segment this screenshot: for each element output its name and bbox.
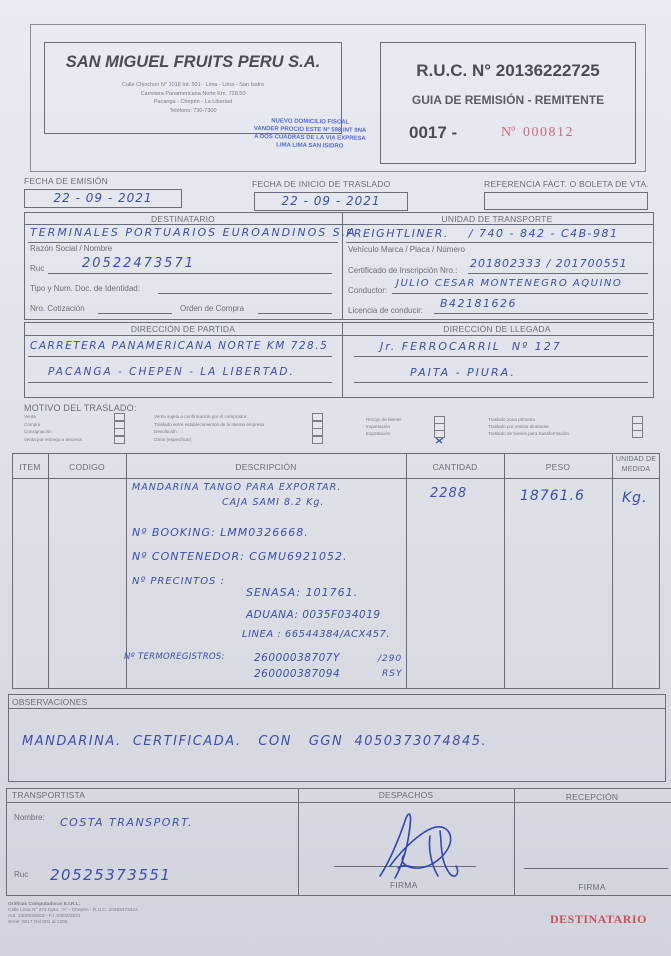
motivo-checkbox[interactable] [632,430,643,438]
signature-line [524,868,668,869]
motivo-option-label: Venta [24,414,36,419]
transport-unit-title: UNIDAD DE TRANSPORTE [342,214,652,224]
motivo-checkbox[interactable] [312,436,323,444]
printer-line: Serie: 0017 Del 001 al 1200 [8,920,138,926]
departure-title: DIRECCIÓN DE PARTIDA [24,324,342,334]
guia-remision-document: SAN MIGUEL FRUITS PERU S.A. Calle Chinch… [0,0,671,956]
divider [8,708,666,709]
departure-line-2: PACANGA - CHEPEN - LA LIBERTAD. [48,366,295,378]
quote-label: Nro. Cotización [30,304,85,313]
carrier-ruc-label: Ruc [14,870,28,879]
transfer-start-value: 22 - 09 - 2021 [255,194,407,208]
motivo-title: MOTIVO DEL TRASLADO: [24,403,137,413]
id-doc-label: Tipo y Num. Doc. de Identidad: [30,284,140,293]
recipient-name-value: TERMINALES PORTUARIOS EUROANDINOS S.A [30,226,357,239]
underline [48,273,332,274]
vehicle-label: Vehículo Marca / Placa / Número [348,245,465,254]
license-value: B42181626 [440,297,517,310]
header-weight: PESO [504,462,612,472]
senasa-seal: SENASA: 101761. [246,586,358,599]
motivo-option-label: Otros (especificar) [154,437,192,442]
carrier-name-value: COSTA TRANSPORT. [60,816,193,829]
recipient-title: DESTINATARIO [24,214,342,224]
emission-date-label: FECHA DE EMISIÓN [24,176,108,186]
signature-icon [360,806,470,886]
document-number: Nº 000812 [501,125,574,141]
row-description-2: CAJA SAMI 8.2 Kg. [222,497,324,508]
arrival-line-2: PAITA - PIURA. [410,366,516,379]
thermo-label: Nº TERMOREGISTROS: [124,652,225,662]
motivo-checkbox[interactable] [434,430,445,438]
emission-date-field[interactable]: 22 - 09 - 2021 [24,189,182,208]
underline [392,293,648,294]
underline [28,356,332,357]
booking-note: Nº BOOKING: LMM0326668. [132,526,309,539]
transfer-start-label: FECHA DE INICIO DE TRASLADO [252,179,390,189]
motivo-option-label: Exportación [366,431,390,436]
copy-label: DESTINATARIO [550,912,647,927]
motivo-option-label: Traslado por emisor itinerante [488,424,549,429]
underline [434,313,648,314]
container-note: Nº CONTENEDOR: CGMU6921052. [132,550,348,563]
table-header-divider [12,478,660,479]
observations-title: OBSERVACIONES [12,697,88,707]
driver-label: Conductor: [348,286,387,295]
header-quantity: CANTIDAD [406,462,504,472]
motivo-option-label: Traslado zona primaria [488,417,535,422]
header-code: CODIGO [48,462,126,472]
order-label: Orden de Compra [180,304,244,313]
carrier-name-label: Nombre: [14,813,45,822]
observations-value: MANDARINA. CERTIFICADA. CON GGN 40503730… [22,734,487,749]
divider [6,802,671,803]
seals-label: Nº PRECINTOS : [132,576,225,587]
departure-line-1: CARRETERA PANAMERICANA NORTE KM 728.5 [30,340,328,352]
dispatch-title: DESPACHOS [298,790,514,800]
fiscal-address-stamp: NUEVO DOMICILIO FISCAL VANDER PROCIO EST… [236,117,385,152]
motivo-option-label: Traslado entre establecimientos de la mi… [154,422,264,427]
recipient-name-label: Razón Social / Nombre [30,244,112,253]
reference-label: REFERENCIA FACT. O BOLETA DE VTA. [484,179,649,189]
ruc-label: R.U.C. N° 20136222725 [381,61,635,81]
dispatch-sign-label: FIRMA [390,880,417,890]
underline [346,242,652,243]
id-doc-field[interactable] [158,293,332,294]
col-divider [406,453,407,689]
vehicle-value: FREIGHTLINER. / 740 - 842 - C4B-981 [346,227,618,240]
linea-seal: LINEA : 66544384/ACX457. [242,629,390,640]
emission-date-value: 22 - 09 - 2021 [25,191,181,205]
underline [28,382,332,383]
motivo-option-label: Importación [366,424,390,429]
ruc-box: R.U.C. N° 20136222725 GUIA DE REMISIÓN -… [380,42,636,164]
header-unit: UNIDAD DE MEDIDA [613,455,659,475]
arrival-title: DIRECCIÓN DE LLEGADA [342,324,652,334]
printer-info: Gráficas Computadoras E.I.R.L. Calle Lim… [8,902,138,926]
carrier-title: TRANSPORTISTA [12,790,85,800]
thermo-1: 26000038707Y [254,652,340,664]
motivo-option-label: Consignación [24,429,52,434]
row-description-1: MANDARINA TANGO PARA EXPORTAR. [132,482,341,493]
cert-value: 201802333 / 201700551 [470,257,628,270]
row-quantity: 2288 [430,486,467,501]
address-line: Carretera Panamericana Norte Km. 728.50 [65,90,321,99]
col-divider [504,453,505,689]
document-type: GUIA DE REMISIÓN - REMITENTE [381,93,635,107]
underline [354,356,648,357]
recipient-ruc-value: 20522473571 [82,256,195,271]
divider [24,224,654,225]
recipient-ruc-label: Ruc [30,264,44,273]
thermo-2: 260000387094 [254,668,340,680]
arrival-line-1: Jr. FERROCARRIL Nº 127 [380,340,562,353]
thermo-suffix-2: RSY [382,669,402,679]
order-field[interactable] [258,313,332,314]
motivo-option-label: Compra [24,422,40,427]
company-name: SAN MIGUEL FRUITS PERU S.A. [45,53,341,72]
quote-field[interactable] [98,313,172,314]
motivo-option-label: Traslado de bienes para transformación [488,431,569,436]
address-line: Calle Chinchon N° 1018 Int. 501 - Lima -… [65,81,321,90]
header-description: DESCRIPCIÓN [126,462,406,472]
number-prefix: Nº [501,125,515,140]
header-item: ITEM [12,462,48,472]
row-unit: Kg. [622,490,648,506]
address-line: Teléfono: 730-7300 [65,107,321,116]
row-weight: 18761.6 [520,488,585,504]
reception-sign-label: FIRMA [514,882,670,892]
reference-field[interactable] [484,192,648,210]
col-divider [48,453,49,689]
underline [28,242,338,243]
col-divider [612,453,613,689]
motivo-option-label: Recojo de bienes [366,417,402,422]
underline [468,273,648,274]
divider [298,788,299,896]
thermo-suffix-1: /290 [378,654,402,664]
divider [24,335,654,336]
series-number: 0017 - [409,123,457,143]
reception-title: RECEPCIÓN [514,792,670,802]
motivo-option-label: Devolución [154,429,177,434]
driver-value: JULIO CESAR MONTENEGRO AQUINO [396,278,622,289]
motivo-option-label: Venta por entrega a terceros [24,437,82,442]
divider [514,788,515,896]
aduana-seal: ADUANA: 0035F034019 [246,609,381,621]
license-label: Licencia de conducir: [348,306,423,315]
cert-label: Certificado de Inscripción Nro.: [348,266,457,275]
carrier-ruc-value: 20525373551 [50,866,171,884]
transfer-start-field[interactable]: 22 - 09 - 2021 [254,192,408,211]
company-address: Calle Chinchon N° 1018 Int. 501 - Lima -… [65,81,321,115]
motivo-option-label: Venta sujeta a confirmación por el compr… [154,414,246,419]
underline [354,382,648,383]
number-value: 000812 [523,125,574,140]
motivo-checkbox[interactable] [114,436,125,444]
address-line: Pacanga - Chepén - La Libertad [65,98,321,107]
